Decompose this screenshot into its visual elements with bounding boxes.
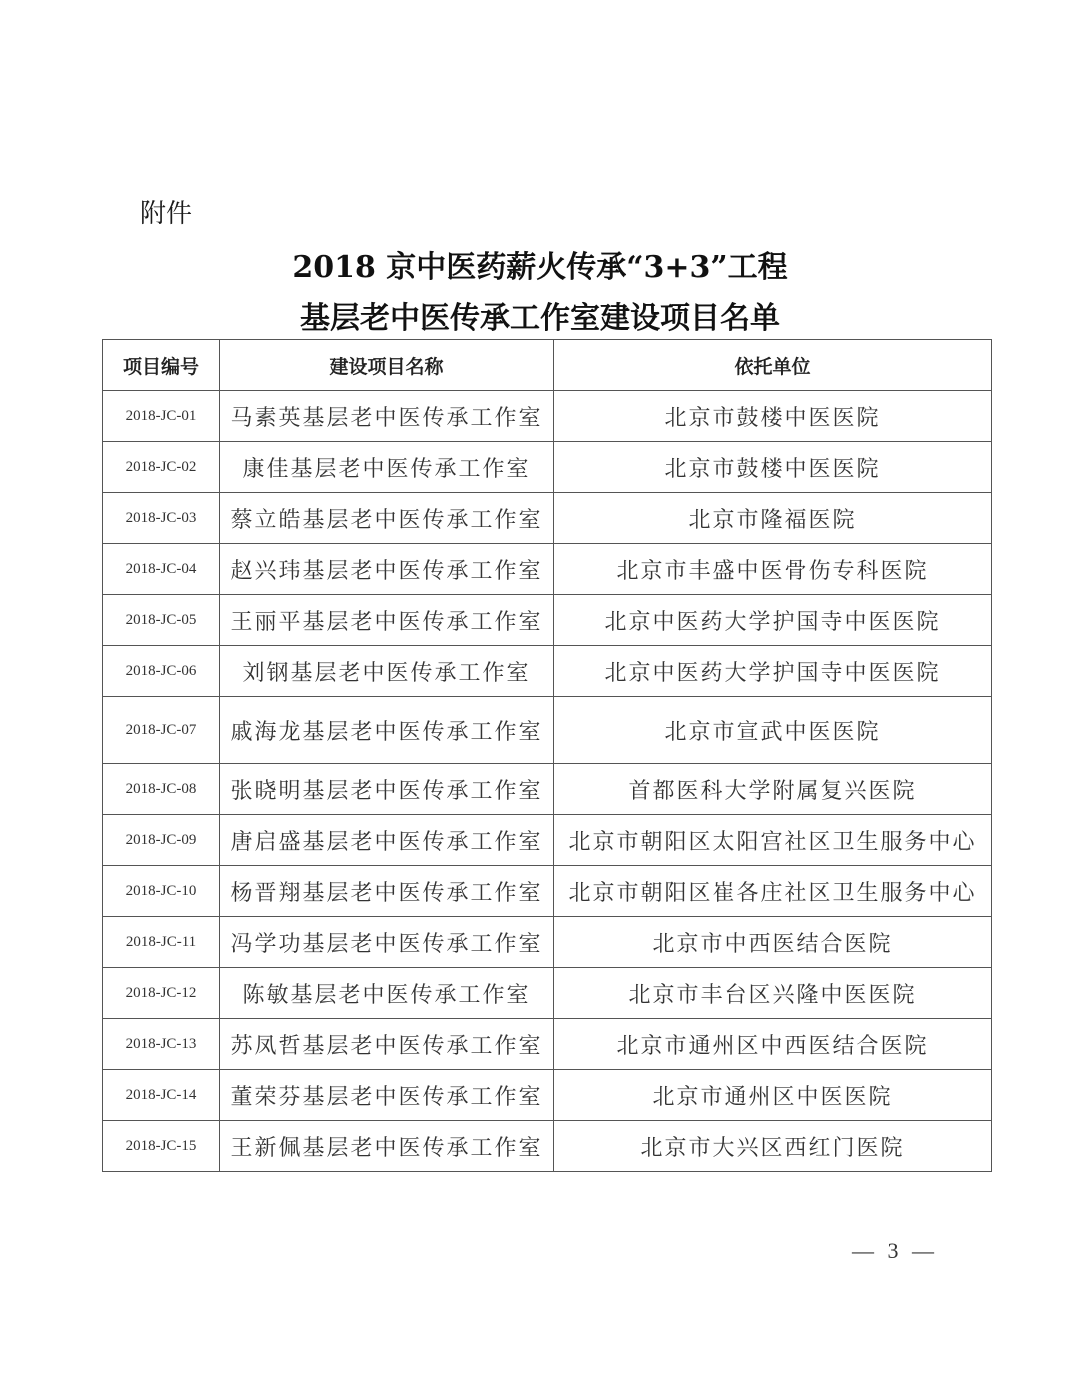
project-name: 戚海龙基层老中医传承工作室 bbox=[220, 697, 554, 764]
project-code: 2018-JC-09 bbox=[103, 815, 220, 866]
host-unit: 北京市朝阳区太阳宫社区卫生服务中心 bbox=[554, 815, 992, 866]
project-name: 陈敏基层老中医传承工作室 bbox=[220, 968, 554, 1019]
host-unit: 北京市朝阳区崔各庄社区卫生服务中心 bbox=[554, 866, 992, 917]
project-name: 马素英基层老中医传承工作室 bbox=[220, 391, 554, 442]
project-code: 2018-JC-06 bbox=[103, 646, 220, 697]
host-unit: 北京市鼓楼中医医院 bbox=[554, 442, 992, 493]
host-unit: 北京市鼓楼中医医院 bbox=[554, 391, 992, 442]
project-code: 2018-JC-10 bbox=[103, 866, 220, 917]
attachment-label: 附件 bbox=[140, 193, 192, 230]
table-row: 2018-JC-04赵兴玮基层老中医传承工作室北京市丰盛中医骨伤专科医院 bbox=[103, 544, 992, 595]
project-code: 2018-JC-14 bbox=[103, 1070, 220, 1121]
table-row: 2018-JC-08张晓明基层老中医传承工作室首都医科大学附属复兴医院 bbox=[103, 764, 992, 815]
table-row: 2018-JC-02康佳基层老中医传承工作室北京市鼓楼中医医院 bbox=[103, 442, 992, 493]
host-unit: 北京市通州区中医医院 bbox=[554, 1070, 992, 1121]
table-row: 2018-JC-05王丽平基层老中医传承工作室北京中医药大学护国寺中医医院 bbox=[103, 595, 992, 646]
host-unit: 北京市丰盛中医骨伤专科医院 bbox=[554, 544, 992, 595]
host-unit: 北京市大兴区西红门医院 bbox=[554, 1121, 992, 1172]
project-code: 2018-JC-15 bbox=[103, 1121, 220, 1172]
host-unit: 北京市通州区中西医结合医院 bbox=[554, 1019, 992, 1070]
project-name: 冯学功基层老中医传承工作室 bbox=[220, 917, 554, 968]
document-title-line1: 2018 京中医药薪火传承“3+3”工程 bbox=[0, 242, 1080, 286]
header-host-unit: 依托单位 bbox=[554, 340, 992, 391]
page-number: — 3 — bbox=[852, 1238, 938, 1264]
table-row: 2018-JC-09唐启盛基层老中医传承工作室北京市朝阳区太阳宫社区卫生服务中心 bbox=[103, 815, 992, 866]
table-row: 2018-JC-15王新佩基层老中医传承工作室北京市大兴区西红门医院 bbox=[103, 1121, 992, 1172]
project-code: 2018-JC-04 bbox=[103, 544, 220, 595]
project-name: 王丽平基层老中医传承工作室 bbox=[220, 595, 554, 646]
project-code: 2018-JC-11 bbox=[103, 917, 220, 968]
table-row: 2018-JC-01马素英基层老中医传承工作室北京市鼓楼中医医院 bbox=[103, 391, 992, 442]
host-unit: 北京中医药大学护国寺中医医院 bbox=[554, 595, 992, 646]
project-code: 2018-JC-05 bbox=[103, 595, 220, 646]
project-list-table: 项目编号 建设项目名称 依托单位 2018-JC-01马素英基层老中医传承工作室… bbox=[102, 339, 992, 1172]
project-name: 康佳基层老中医传承工作室 bbox=[220, 442, 554, 493]
host-unit: 北京中医药大学护国寺中医医院 bbox=[554, 646, 992, 697]
project-name: 王新佩基层老中医传承工作室 bbox=[220, 1121, 554, 1172]
project-name: 蔡立皓基层老中医传承工作室 bbox=[220, 493, 554, 544]
table-row: 2018-JC-13苏凤哲基层老中医传承工作室北京市通州区中西医结合医院 bbox=[103, 1019, 992, 1070]
header-project-code: 项目编号 bbox=[103, 340, 220, 391]
project-code: 2018-JC-03 bbox=[103, 493, 220, 544]
project-name: 赵兴玮基层老中医传承工作室 bbox=[220, 544, 554, 595]
project-name: 董荣芬基层老中医传承工作室 bbox=[220, 1070, 554, 1121]
project-code: 2018-JC-01 bbox=[103, 391, 220, 442]
project-code: 2018-JC-13 bbox=[103, 1019, 220, 1070]
header-project-name: 建设项目名称 bbox=[220, 340, 554, 391]
table-row: 2018-JC-14董荣芬基层老中医传承工作室北京市通州区中医医院 bbox=[103, 1070, 992, 1121]
table-row: 2018-JC-06刘钢基层老中医传承工作室北京中医药大学护国寺中医医院 bbox=[103, 646, 992, 697]
host-unit: 北京市宣武中医医院 bbox=[554, 697, 992, 764]
project-name: 苏凤哲基层老中医传承工作室 bbox=[220, 1019, 554, 1070]
table-header-row: 项目编号 建设项目名称 依托单位 bbox=[103, 340, 992, 391]
table-row: 2018-JC-11冯学功基层老中医传承工作室北京市中西医结合医院 bbox=[103, 917, 992, 968]
project-code: 2018-JC-08 bbox=[103, 764, 220, 815]
host-unit: 北京市中西医结合医院 bbox=[554, 917, 992, 968]
project-name: 杨晋翔基层老中医传承工作室 bbox=[220, 866, 554, 917]
host-unit: 北京市丰台区兴隆中医医院 bbox=[554, 968, 992, 1019]
table-row: 2018-JC-12陈敏基层老中医传承工作室北京市丰台区兴隆中医医院 bbox=[103, 968, 992, 1019]
table-row: 2018-JC-10杨晋翔基层老中医传承工作室北京市朝阳区崔各庄社区卫生服务中心 bbox=[103, 866, 992, 917]
project-name: 刘钢基层老中医传承工作室 bbox=[220, 646, 554, 697]
host-unit: 首都医科大学附属复兴医院 bbox=[554, 764, 992, 815]
project-code: 2018-JC-02 bbox=[103, 442, 220, 493]
project-name: 唐启盛基层老中医传承工作室 bbox=[220, 815, 554, 866]
project-name: 张晓明基层老中医传承工作室 bbox=[220, 764, 554, 815]
table-row: 2018-JC-07戚海龙基层老中医传承工作室北京市宣武中医医院 bbox=[103, 697, 992, 764]
project-code: 2018-JC-12 bbox=[103, 968, 220, 1019]
table-row: 2018-JC-03蔡立皓基层老中医传承工作室北京市隆福医院 bbox=[103, 493, 992, 544]
document-title-line2: 基层老中医传承工作室建设项目名单 bbox=[0, 293, 1080, 337]
project-code: 2018-JC-07 bbox=[103, 697, 220, 764]
host-unit: 北京市隆福医院 bbox=[554, 493, 992, 544]
